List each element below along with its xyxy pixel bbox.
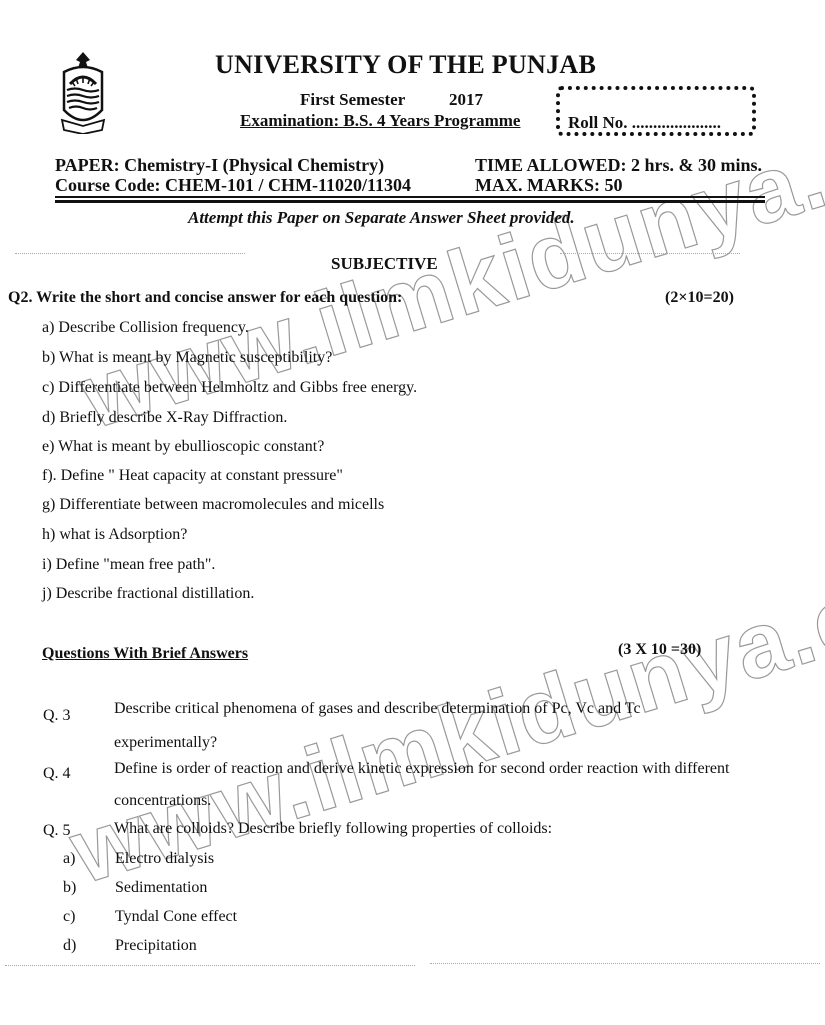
question-text-continued: concentrations. bbox=[114, 792, 211, 810]
brief-answers-marks: (3 X 10 =30) bbox=[618, 641, 701, 659]
university-title: UNIVERSITY OF THE PUNJAB bbox=[215, 50, 596, 80]
sub-item-letter: c) bbox=[63, 908, 75, 926]
short-question: j) Describe fractional distillation. bbox=[42, 585, 254, 603]
sub-item-text: Sedimentation bbox=[115, 879, 207, 897]
sub-item-letter: d) bbox=[63, 937, 76, 955]
scan-noise bbox=[560, 253, 740, 255]
question-number: Q. 4 bbox=[43, 765, 71, 783]
header-divider-bottom bbox=[55, 200, 765, 203]
section-title: SUBJECTIVE bbox=[331, 254, 438, 274]
paper-name: PAPER: Chemistry-I (Physical Chemistry) bbox=[55, 155, 384, 176]
q2-heading: Q2. Write the short and concise answer f… bbox=[8, 289, 402, 307]
sub-item-text: Tyndal Cone effect bbox=[115, 908, 237, 926]
short-question: b) What is meant by Magnetic susceptibil… bbox=[42, 349, 332, 367]
course-code: Course Code: CHEM-101 / CHM-11020/11304 bbox=[55, 175, 411, 196]
header-divider-top bbox=[55, 196, 765, 198]
sub-item-letter: a) bbox=[63, 850, 75, 868]
sub-item-text: Electro dialysis bbox=[115, 850, 214, 868]
sub-item-letter: b) bbox=[63, 879, 76, 897]
question-number: Q. 5 bbox=[43, 822, 71, 840]
semester: First Semester bbox=[300, 90, 405, 110]
max-marks: MAX. MARKS: 50 bbox=[475, 175, 622, 196]
question-text-continued: experimentally? bbox=[114, 734, 217, 752]
scan-noise bbox=[5, 965, 415, 967]
question-text: Describe critical phenomena of gases and… bbox=[114, 700, 641, 718]
q2-marks: (2×10=20) bbox=[665, 289, 734, 307]
scan-noise bbox=[15, 253, 245, 255]
instruction: Attempt this Paper on Separate Answer Sh… bbox=[188, 208, 575, 228]
question-text: Define is order of reaction and derive k… bbox=[114, 760, 729, 778]
short-question: i) Define "mean free path". bbox=[42, 556, 215, 574]
university-crest-icon bbox=[58, 50, 108, 134]
question-number: Q. 3 bbox=[43, 707, 71, 725]
sub-item-text: Precipitation bbox=[115, 937, 197, 955]
exam-year: 2017 bbox=[449, 90, 483, 110]
time-allowed: TIME ALLOWED: 2 hrs. & 30 mins. bbox=[475, 155, 762, 176]
brief-answers-heading: Questions With Brief Answers bbox=[42, 645, 248, 663]
short-question: c) Differentiate between Helmholtz and G… bbox=[42, 379, 417, 397]
short-question: h) what is Adsorption? bbox=[42, 526, 187, 544]
short-question: f). Define " Heat capacity at constant p… bbox=[42, 467, 343, 485]
scan-noise bbox=[430, 963, 820, 965]
short-question: d) Briefly describe X-Ray Diffraction. bbox=[42, 409, 287, 427]
short-question: g) Differentiate between macromolecules … bbox=[42, 496, 384, 514]
roll-number-label: Roll No. ..................... bbox=[568, 113, 721, 133]
question-text: What are colloids? Describe briefly foll… bbox=[114, 820, 552, 838]
examination-title: Examination: B.S. 4 Years Programme bbox=[240, 111, 520, 131]
short-question: a) Describe Collision frequency. bbox=[42, 319, 249, 337]
short-question: e) What is meant by ebullioscopic consta… bbox=[42, 438, 324, 456]
